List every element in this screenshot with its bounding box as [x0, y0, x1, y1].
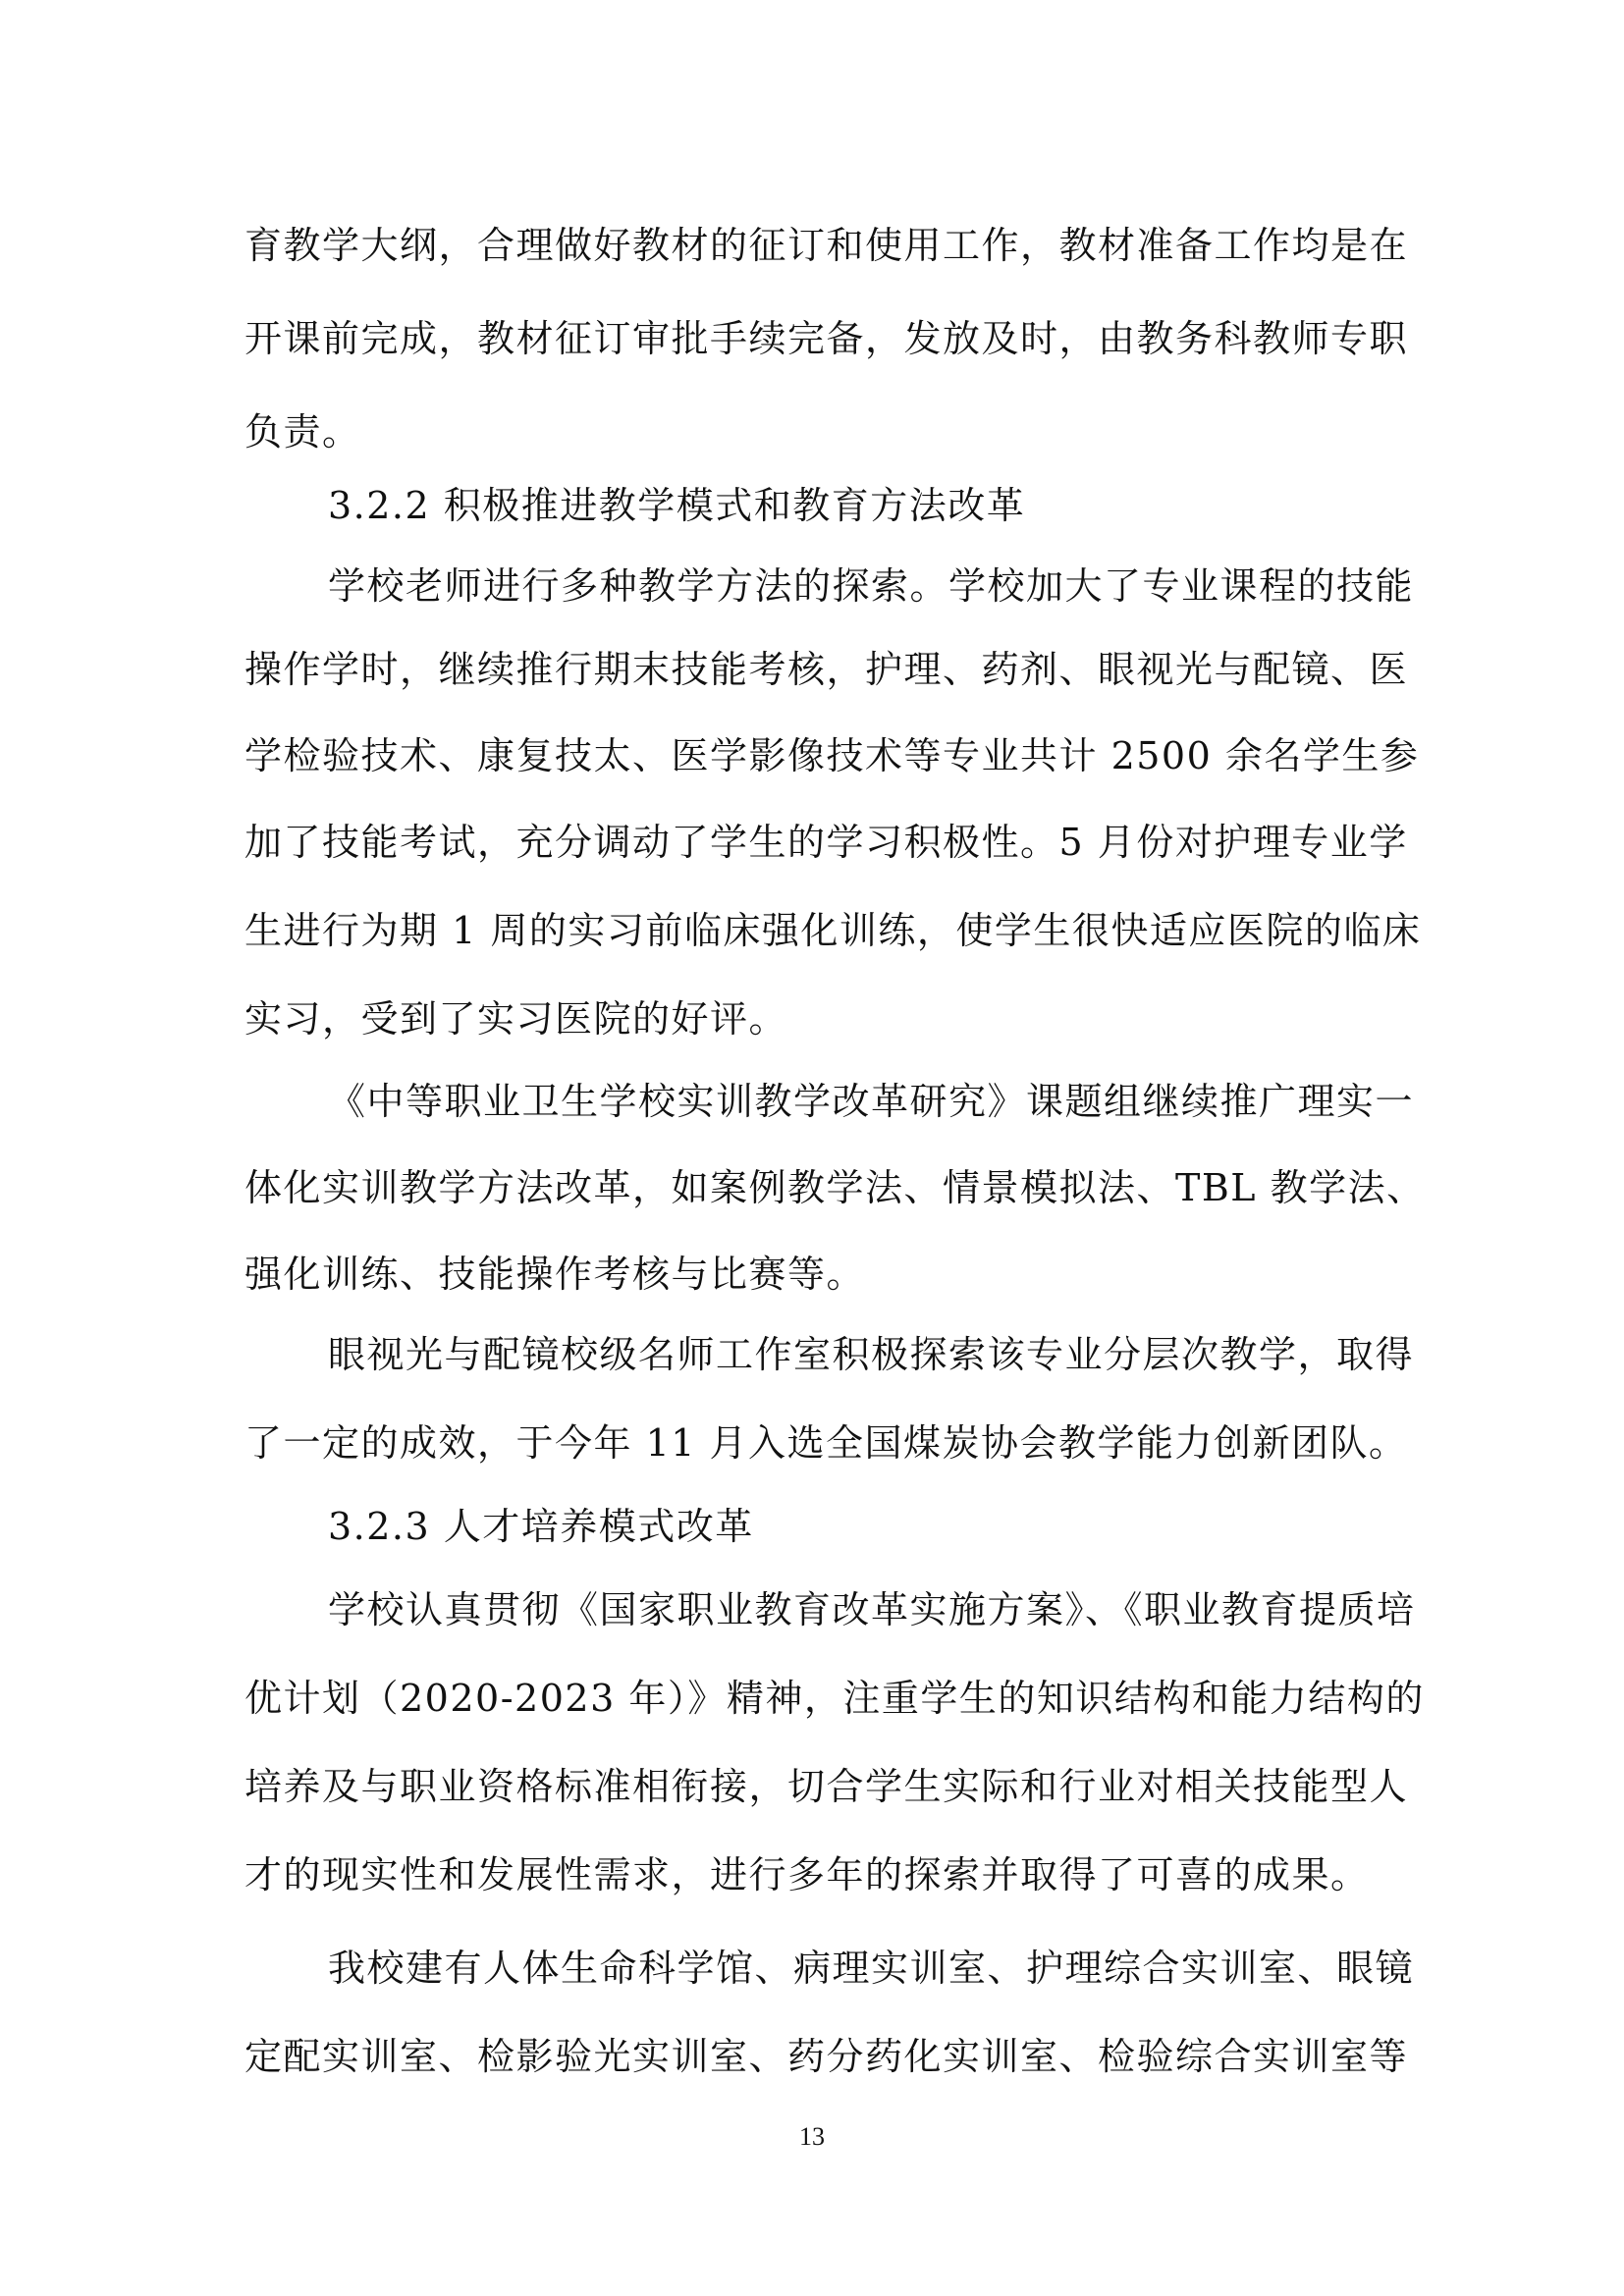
section-heading-3-2-3: 3.2.3 人才培养模式改革: [328, 1497, 754, 1556]
paragraph-line: 体化实训教学方法改革，如案例教学法、情景模拟法、TBL 教学法、: [244, 1158, 1388, 1217]
document-page: 育教学大纲，合理做好教材的征订和使用工作，教材准备工作均是在 开课前完成，教材征…: [0, 0, 1624, 2296]
section-heading-3-2-2: 3.2.2 积极推进教学模式和教育方法改革: [328, 476, 1025, 535]
paragraph-line: 我校建有人体生命科学馆、病理实训室、护理综合实训室、眼镜: [328, 1939, 1388, 1998]
paragraph-line: 学校认真贯彻《国家职业教育改革实施方案》、《职业教育提质培: [328, 1580, 1388, 1639]
paragraph-line: 开课前完成，教材征订审批手续完备，发放及时，由教务科教师专职: [244, 309, 1388, 368]
paragraph-line: 育教学大纲，合理做好教材的征订和使用工作，教材准备工作均是在: [244, 216, 1388, 275]
paragraph-line: 操作学时，继续推行期末技能考核，护理、药剂、眼视光与配镜、医: [244, 640, 1388, 699]
paragraph-line: 定配实训室、检影验光实训室、药分药化实训室、检验综合实训室等: [244, 2027, 1388, 2086]
paragraph-line: 优计划（2020-2023 年）》精神，注重学生的知识结构和能力结构的: [244, 1669, 1388, 1728]
paragraph-line: 《中等职业卫生学校实训教学改革研究》课题组继续推广理实一: [328, 1072, 1388, 1131]
paragraph-line: 培养及与职业资格标准相衔接，切合学生实际和行业对相关技能型人: [244, 1757, 1388, 1816]
paragraph-line: 生进行为期 1 周的实习前临床强化训练，使学生很快适应医院的临床: [244, 901, 1388, 960]
paragraph-line: 实习，受到了实习医院的好评。: [244, 989, 1388, 1048]
paragraph-line: 加了技能考试，充分调动了学生的学习积极性。5 月份对护理专业学: [244, 813, 1388, 872]
paragraph-line: 了一定的成效，于今年 11 月入选全国煤炭协会教学能力创新团队。: [244, 1414, 1388, 1472]
paragraph-line: 强化训练、技能操作考核与比赛等。: [244, 1245, 1388, 1304]
page-number: 13: [0, 2122, 1624, 2152]
paragraph-line: 眼视光与配镜校级名师工作室积极探索该专业分层次教学，取得: [328, 1325, 1388, 1384]
paragraph-line: 学校老师进行多种教学方法的探索。学校加大了专业课程的技能: [328, 557, 1388, 615]
paragraph-line: 负责。: [244, 402, 1388, 461]
paragraph-line: 学检验技术、康复技太、医学影像技术等专业共计 2500 余名学生参: [244, 726, 1388, 785]
paragraph-line: 才的现实性和发展性需求，进行多年的探索并取得了可喜的成果。: [244, 1845, 1388, 1904]
